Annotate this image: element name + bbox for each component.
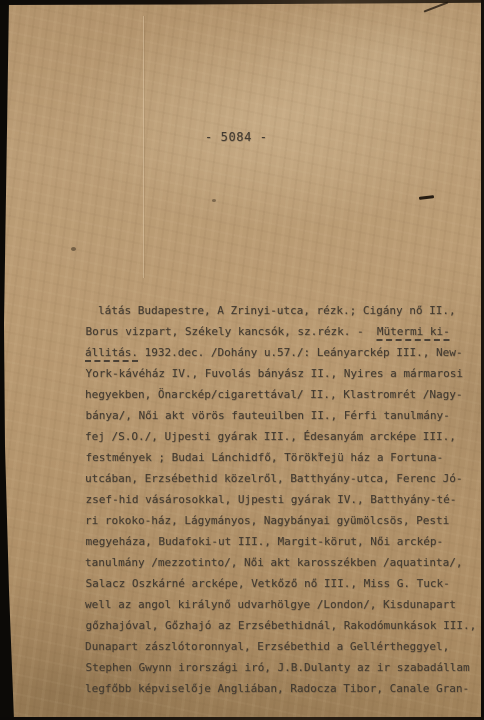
ink-smudge-mark (419, 195, 434, 200)
typed-line: megyeháza, Budafoki-ut III., Margit-köru… (86, 531, 481, 552)
paper-speck (212, 199, 216, 202)
typed-line: York-kávéház IV., Fuvolás bányász II., N… (86, 363, 481, 384)
typed-text: legfőbb képviselője Angliában, Radocza T… (85, 682, 469, 695)
typed-text: megyeháza, Budafoki-ut III., Margit-köru… (86, 535, 444, 548)
paper-speck (71, 247, 76, 251)
typed-line: festmények ; Budai Lánchidfő, Törökfejü … (86, 447, 481, 468)
typed-line: ri rokoko-ház, Lágymányos, Nagybányai gy… (85, 510, 480, 531)
typed-line: Stephen Gwynn irországi iró, J.B.Dulanty… (86, 657, 481, 678)
typed-line: állitás. 1932.dec. /Dohány u.57./: Leány… (85, 342, 480, 363)
typed-text: tanulmány /mezzotinto/, Női akt karosszé… (85, 556, 463, 569)
typed-line: Borus vizpart, Székely kancsók, sz.rézk.… (86, 321, 481, 342)
typed-line: hegyekben, Önarckép/cigarettával/ II., K… (85, 384, 480, 405)
typed-text: well az angol királynő udvarhölgye /Lond… (85, 598, 456, 611)
typed-text: Stephen Gwynn irországi iró, J.B.Dulanty… (86, 661, 470, 674)
typed-line: Dunapart zászlótoronnyal, Erzsébethid a … (85, 636, 480, 657)
underlined-typed-text: Mütermi ki- (377, 325, 450, 341)
typed-text: utcában, Erzsébethid közelről, Batthyány… (85, 472, 463, 485)
typed-text: Borus vizpart, Székely kancsók, sz.rézk.… (86, 325, 377, 338)
typed-line: fej /S.O./, Ujpesti gyárak III., Édesany… (85, 426, 480, 447)
paper-crease (143, 16, 144, 278)
typed-text: látás Budapestre, A Zrinyi-utca, rézk.; … (98, 304, 456, 317)
typed-line: bánya/, Női akt vörös fauteuilben II., F… (86, 405, 481, 426)
typed-line: well az angol királynő udvarhölgye /Lond… (85, 594, 480, 615)
typed-text: gőzhajóval, Gőzhajó az Erzsébethidnál, R… (86, 619, 477, 632)
typed-text: ri rokoko-ház, Lágymányos, Nagybányai gy… (85, 514, 449, 527)
page-number: - 5084 - (205, 130, 268, 144)
typed-text: fej /S.O./, Ujpesti gyárak III., Édesany… (85, 430, 456, 443)
typed-line: legfőbb képviselője Angliában, Radocza T… (85, 678, 480, 699)
typed-line: gőzhajóval, Gőzhajó az Erzsébethidnál, R… (86, 615, 481, 636)
underlined-typed-text: állitás. (85, 346, 138, 362)
typed-text: zsef-hid vásárosokkal, Ujpesti gyárak IV… (86, 493, 457, 506)
typed-text: hegyekben, Önarckép/cigarettával/ II., K… (85, 388, 463, 401)
typed-text: 1932.dec. /Dohány u.57./: Leányarckép II… (138, 346, 463, 359)
typed-line: látás Budapestre, A Zrinyi-utca, rézk.; … (85, 300, 480, 321)
typed-text: Dunapart zászlótoronnyal, Erzsébethid a … (85, 640, 449, 653)
typed-text: festmények ; Budai Lánchidfő, Törökfejü … (86, 451, 444, 464)
typed-line: zsef-hid vásárosokkal, Ujpesti gyárak IV… (86, 489, 481, 510)
typed-line: Salacz Oszkárné arcképe, Vetkőző nő III.… (86, 573, 481, 594)
typed-text: York-kávéház IV., Fuvolás bányász II., N… (86, 367, 464, 380)
typed-text: bánya/, Női akt vörös fauteuilben II., F… (86, 409, 450, 422)
typescript-block: látás Budapestre, A Zrinyi-utca, rézk.; … (85, 300, 480, 699)
paper-sheet: - 5084 - látás Budapestre, A Zrinyi-utca… (0, 0, 484, 720)
typed-text: Salacz Oszkárné arcképe, Vetkőző nő III.… (86, 577, 450, 590)
typed-line: tanulmány /mezzotinto/, Női akt karosszé… (85, 552, 480, 573)
typed-line: utcában, Erzsébethid közelről, Batthyány… (85, 468, 480, 489)
